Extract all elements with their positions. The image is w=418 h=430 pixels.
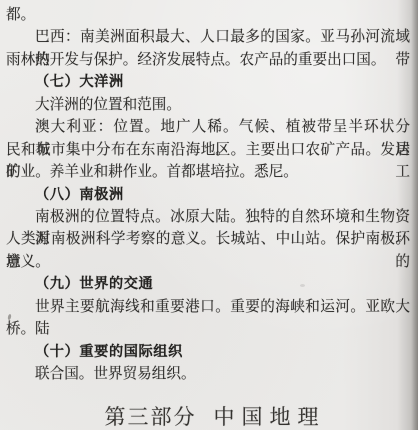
scan-speck — [300, 284, 305, 287]
text-line: 巴西：南美洲面积最大、人口最多的国家。亚马孙河流域热带 — [6, 26, 410, 48]
text-line: 民和城市集中分布在东南沿海地区。主要出口农矿产品。发达的工 — [6, 139, 410, 161]
part-heading-title: 中国地理 — [214, 405, 326, 429]
document-body: 都。巴西：南美洲面积最大、人口最多的国家。亚马孙河流域热带雨林的开发与保护。经济… — [6, 4, 410, 385]
text-line: 澳大利亚：位置。地广人稀。气候、植被带呈半环状分布。居 — [6, 116, 410, 138]
section-heading-line: （八）南极洲 — [6, 184, 410, 206]
text-line: 桥。 — [6, 318, 410, 340]
scan-edge-shadow — [411, 0, 418, 430]
part-heading-label: 第三部分 — [105, 405, 197, 429]
scanned-document-page: 都。巴西：南美洲面积最大、人口最多的国家。亚马孙河流域热带雨林的开发与保护。经济… — [0, 0, 418, 430]
text-line: 大洋洲的位置和范围。 — [6, 94, 410, 116]
text-line: 人类对南极洲科学考察的意义。长城站、中山站。保护南极环境的 — [6, 228, 410, 250]
text-line: 联合国。世界贸易组织。 — [6, 363, 410, 385]
section-heading-line: （十）重要的国际组织 — [6, 341, 410, 363]
text-line: 南极洲的位置特点。冰原大陆。独特的自然环境和生物资源。 — [6, 206, 410, 228]
part-heading: 第三部分中国地理 — [0, 401, 418, 430]
text-line: 雨林的开发与保护。经济发展特点。农产品的重要出口国。 — [6, 49, 410, 71]
text-line: 世界主要航海线和重要港口。重要的海峡和运河。亚欧大陆 — [6, 296, 410, 318]
text-line: 都。 — [6, 4, 410, 26]
section-heading-line: （九）世界的交通 — [6, 273, 410, 295]
section-heading-line: （七）大洋洲 — [6, 71, 410, 93]
